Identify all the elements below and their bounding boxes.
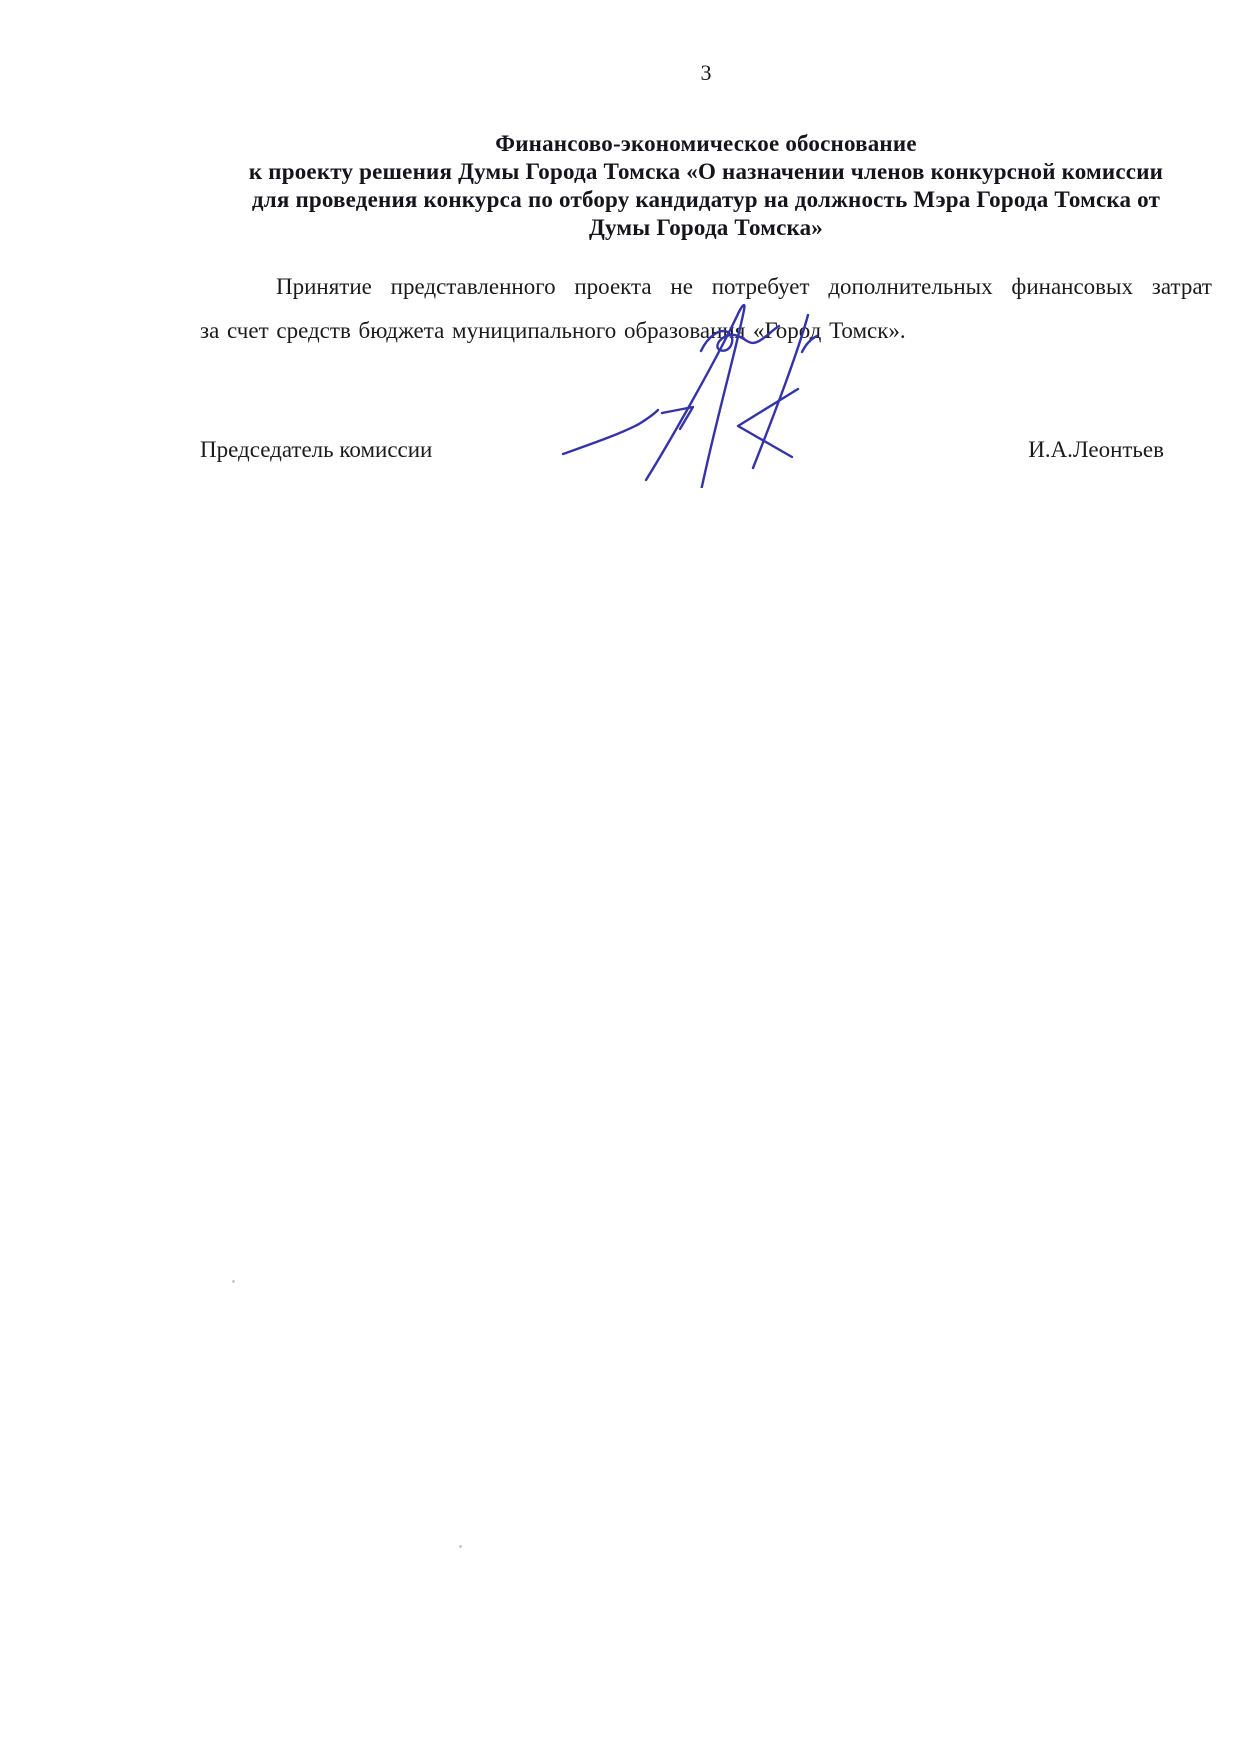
document-title: Финансово-экономическое обоснование к пр… [200, 130, 1212, 242]
signature-ink [563, 305, 817, 488]
page-number: 3 [200, 60, 1212, 86]
title-line-3: для проведения конкурса по отбору кандид… [200, 186, 1212, 214]
signatory-role: Председатель комиссии [200, 437, 432, 463]
signatory-name: И.А.Леонтьев [1028, 437, 1164, 463]
handwritten-signature [540, 288, 840, 488]
document-page: 3 Финансово-экономическое обоснование к … [0, 0, 1240, 1753]
title-line-4: Думы Города Томска» [200, 214, 1212, 242]
title-line-1: Финансово-экономическое обоснование [200, 130, 1212, 158]
title-line-2: к проекту решения Думы Города Томска «О … [200, 158, 1212, 186]
scan-speck [459, 1545, 462, 1548]
scan-speck [232, 1280, 235, 1283]
